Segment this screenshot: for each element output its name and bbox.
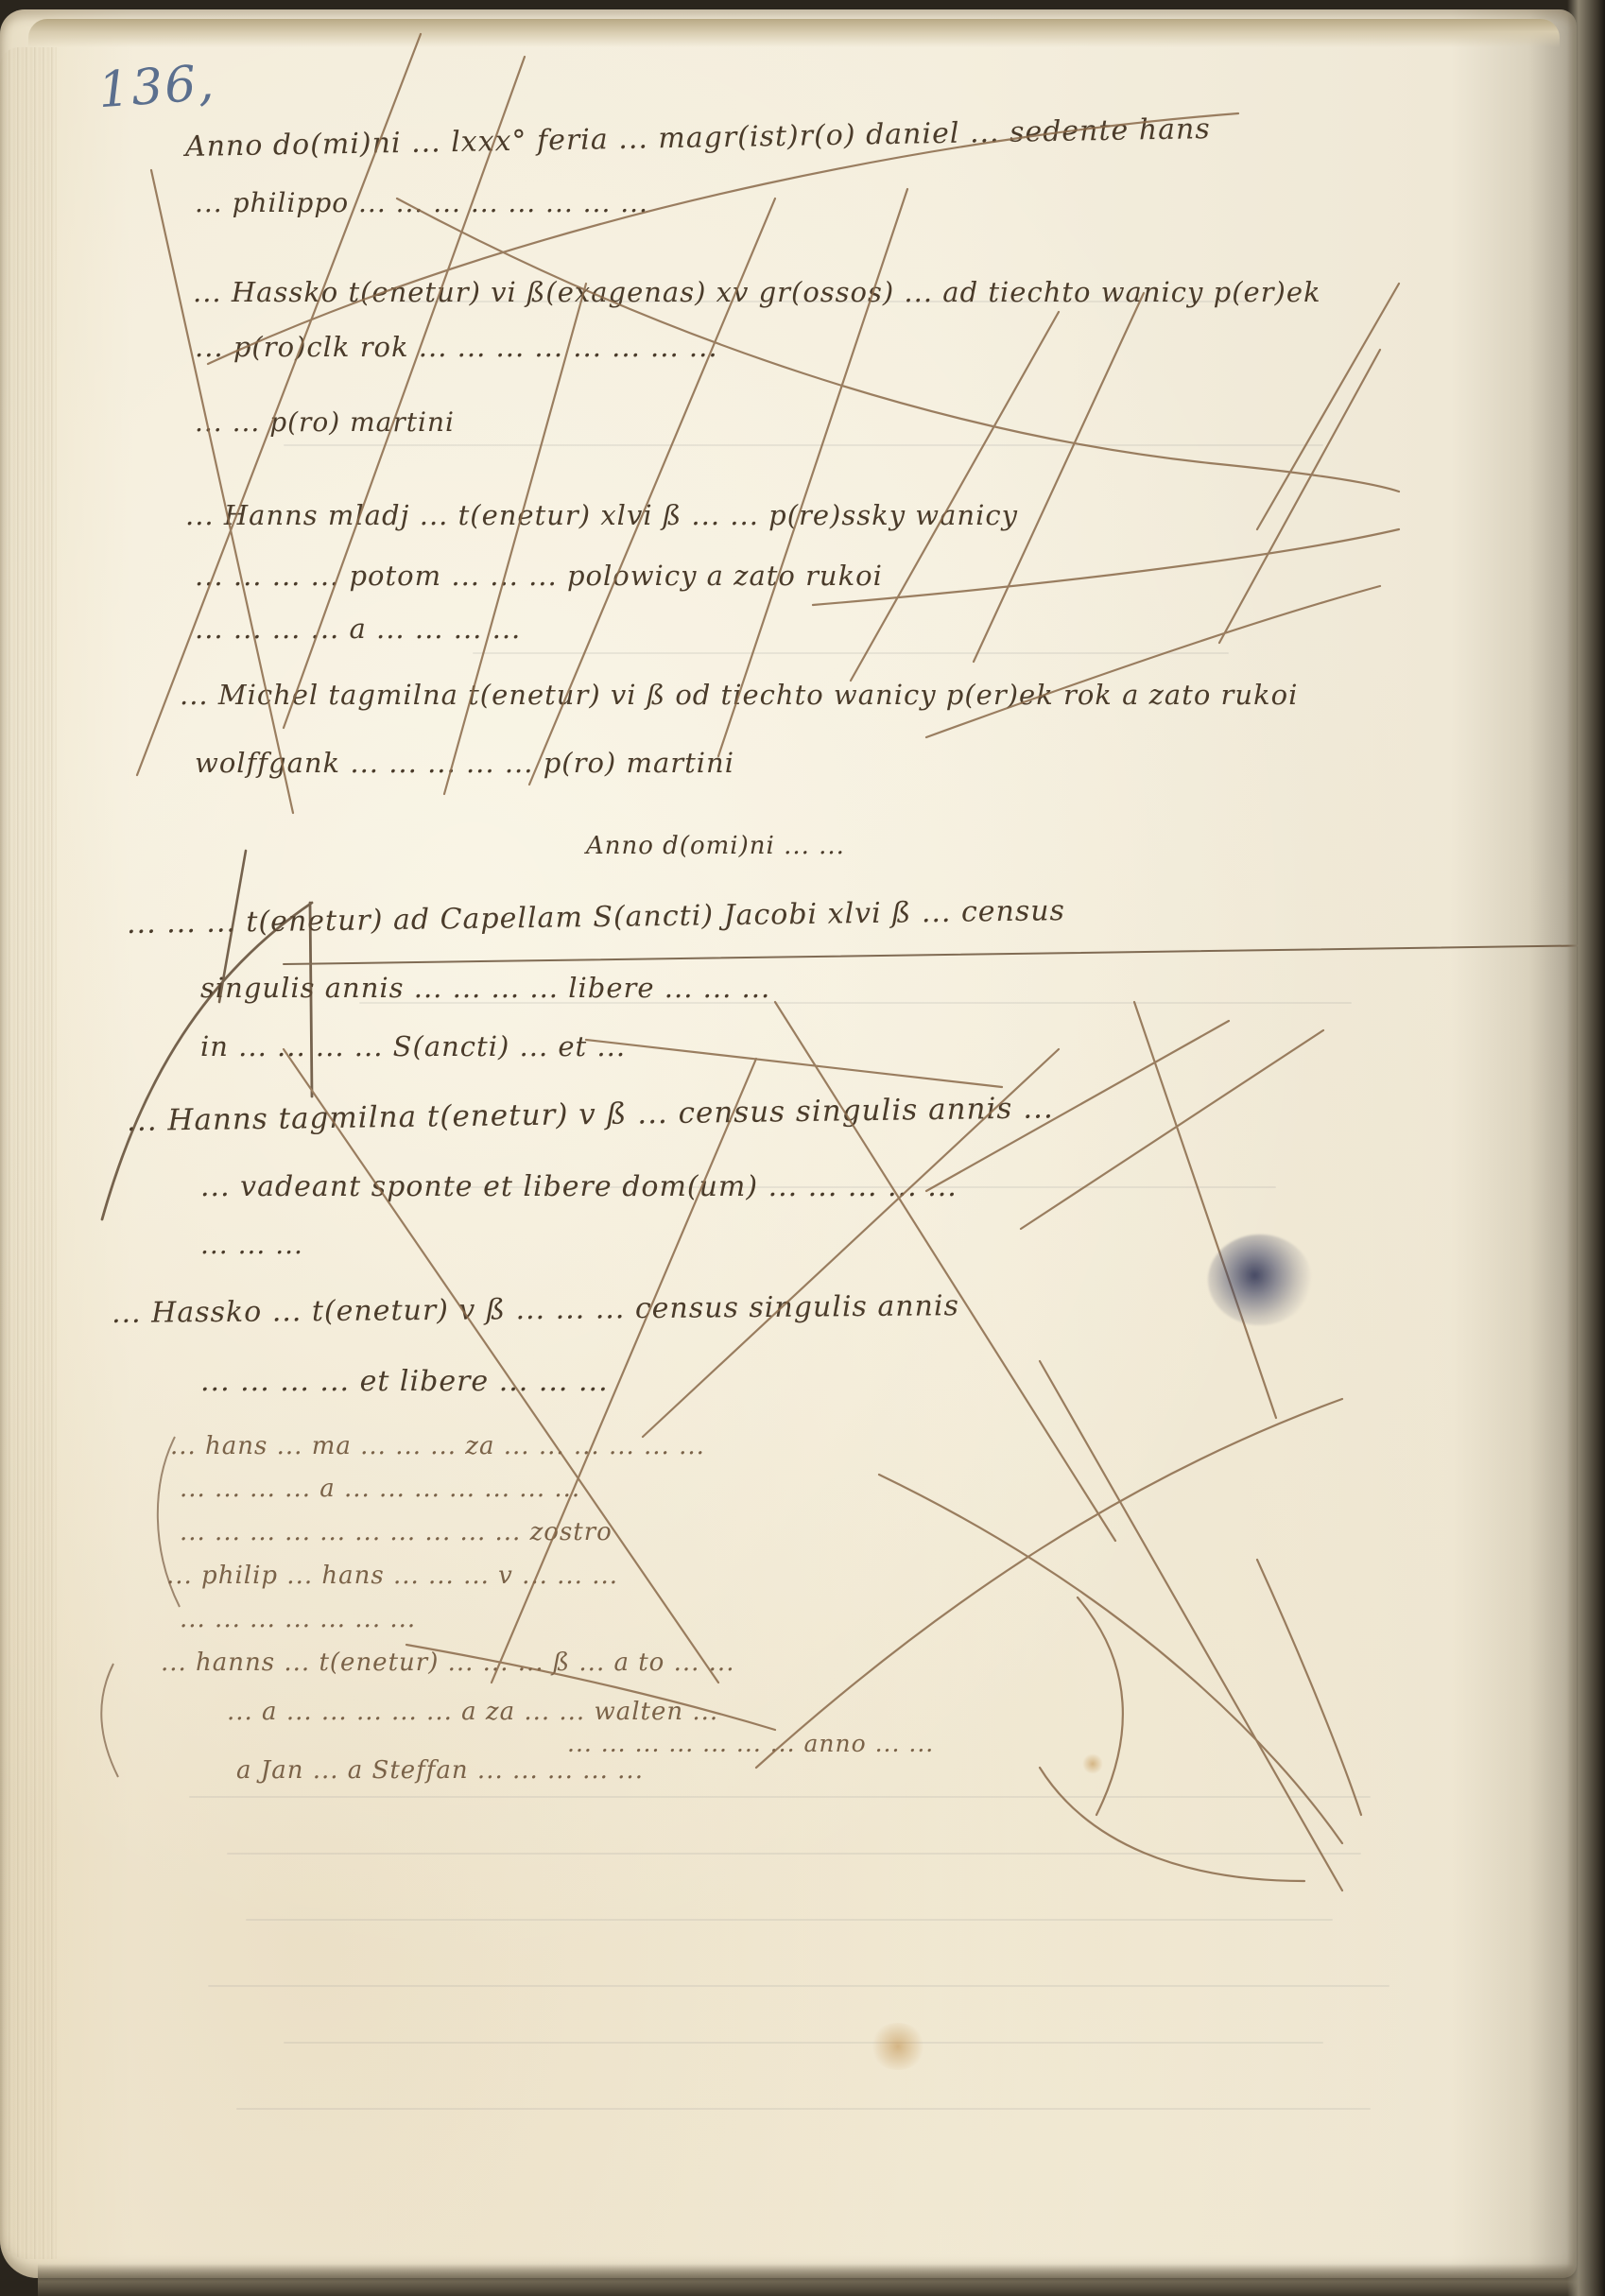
entry-line: ... hanns ... t(enetur) ... ... ... ß ..… [161,1649,734,1677]
manuscript-scan: 136, Anno do(mi)ni ... lxxx° feria ... m… [0,0,1605,2296]
entry-line: a Jan ... a Steffan ... ... ... ... ... [236,1756,644,1785]
entry-line: ... a ... ... ... ... ... a za ... ... w… [227,1698,718,1726]
entry-line: singulis annis ... ... ... ... libere ..… [200,972,770,1004]
entry-line: ... ... ... ... et libere ... ... ... [200,1365,609,1398]
page-edge-left [0,47,57,2259]
binding-shadow [1567,0,1605,2296]
entry-line: ... ... ... ... a ... ... ... ... ... ..… [180,1475,580,1503]
page-edge-bottom [38,2264,1597,2296]
entry-line: ... ... p(ro) martini [195,406,455,438]
entry-line: ... ... ... [200,1229,303,1260]
entry-line: ... ... ... ... ... ... ... anno ... ... [567,1730,934,1757]
entry-line: ... ... ... ... ... ... ... ... ... ... … [180,1518,613,1546]
entry-line: ... Hassko t(enetur) vi ß(exagenas) xv g… [193,276,1321,308]
foxing-stain [870,2023,926,2070]
section-heading: Anno d(omi)ni ... ... [586,832,845,860]
entry-line: ... hans ... ma ... ... ... za ... ... .… [170,1432,705,1460]
entry-line: wolffgank ... ... ... ... ... p(ro) mart… [195,747,734,779]
entry-line: ... ... ... ... ... ... ... [180,1605,416,1633]
folio-number: 136, [96,55,217,119]
ink-blot [1208,1234,1312,1325]
entry-line: ... ... ... ... potom ... ... ... polowi… [195,560,883,592]
entry-line: ... Hanns mladj ... t(enetur) xlvi ß ...… [185,499,1018,531]
entry-line: ... Michel tagmilna t(enetur) vi ß od ti… [180,679,1298,711]
page-edge-top [28,19,1560,47]
entry-line: in ... ... ... ... S(ancti) ... et ... [200,1030,626,1062]
entry-line: ... ... ... ... a ... ... ... ... [195,613,521,645]
entry-line: ... p(ro)clk rok ... ... ... ... ... ...… [195,331,718,363]
foxing-stain [1082,1753,1103,1774]
entry-line: ... vadeant sponte et libere dom(um) ...… [200,1170,958,1203]
entry-line: ... philip ... hans ... ... ... v ... ..… [166,1562,618,1590]
entry-line: ... philippo ... ... ... ... ... ... ...… [195,187,648,218]
